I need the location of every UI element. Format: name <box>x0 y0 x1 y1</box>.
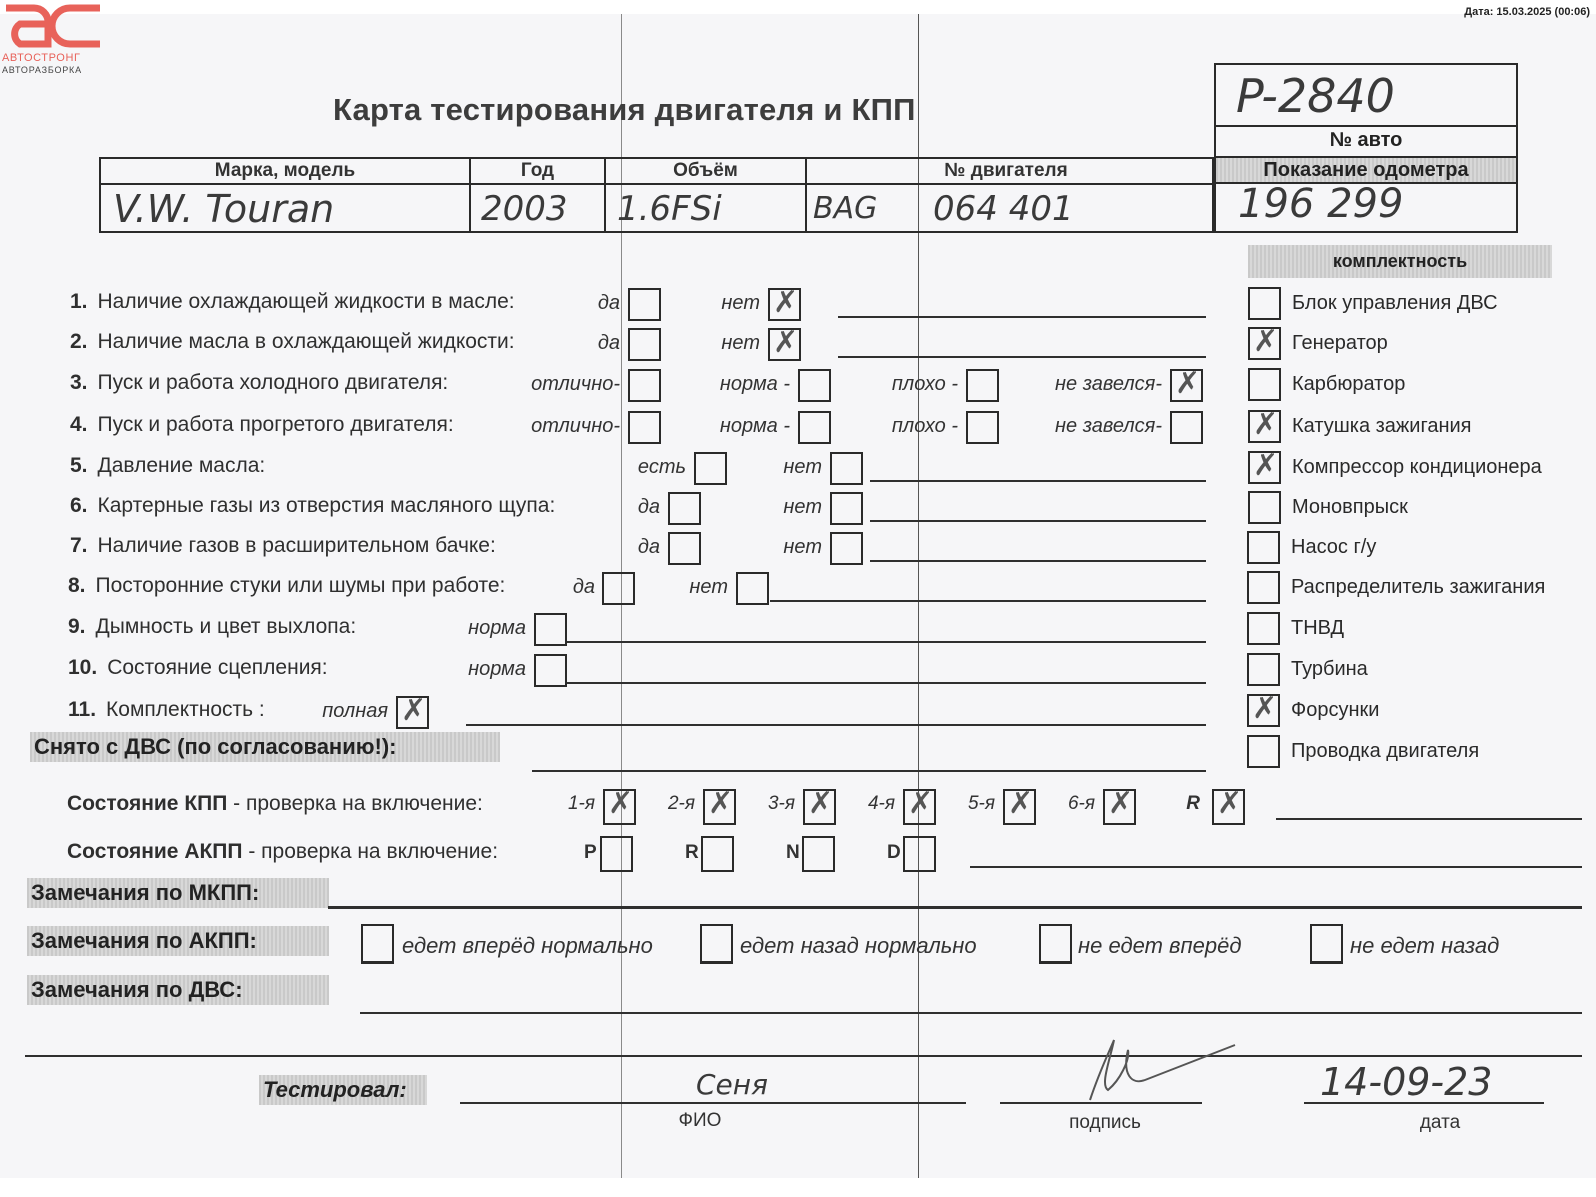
question-label: 1.Наличие охлаждающей жидкости в масле: <box>70 290 515 314</box>
question-text: Дымность и цвет выхлопа: <box>96 615 357 638</box>
gear-checkbox[interactable] <box>903 789 936 825</box>
option-label: есть <box>638 456 686 479</box>
option-checkbox[interactable] <box>1170 369 1203 402</box>
question-text: Состояние сцепления: <box>107 656 327 679</box>
option-label: да <box>638 496 660 519</box>
option-checkbox[interactable] <box>736 572 769 605</box>
completeness-item-label: Форсунки <box>1291 699 1379 722</box>
gear-label: 4-я <box>868 793 895 815</box>
question-number: 9. <box>68 615 86 638</box>
handwritten-signature-icon <box>1070 1030 1240 1110</box>
kpp-notes-line[interactable] <box>1276 818 1582 820</box>
completeness-checkbox[interactable] <box>1247 612 1280 645</box>
completeness-checkbox[interactable] <box>1248 287 1281 320</box>
option-label: да <box>638 536 660 559</box>
option-label: норма - <box>720 373 790 396</box>
question-label: 8.Посторонние стуки или шумы при работе: <box>68 574 505 598</box>
question-text: Комплектность : <box>106 698 265 721</box>
option-checkbox[interactable] <box>830 452 863 485</box>
question-text: Посторонние стуки или шумы при работе: <box>96 574 506 597</box>
gear-label: R <box>1186 793 1200 815</box>
option-checkbox[interactable] <box>628 411 661 444</box>
notes-line[interactable] <box>870 480 1206 482</box>
header-engine-number: № двигателя <box>931 159 1081 183</box>
question-number: 2. <box>70 330 88 353</box>
header-make-model: Марка, модель <box>101 159 469 183</box>
gear-checkbox[interactable] <box>1003 789 1036 825</box>
akpp-remarks-label: Замечания по АКПП: <box>27 926 329 956</box>
gear-label: 6-я <box>1068 793 1095 815</box>
gear-label: 5-я <box>968 793 995 815</box>
header-volume: Объём <box>606 159 805 183</box>
notes-line[interactable] <box>870 520 1206 522</box>
completeness-item-label: Блок управления ДВС <box>1292 292 1498 315</box>
gear-checkbox[interactable] <box>803 789 836 825</box>
completeness-checkbox[interactable] <box>1247 531 1280 564</box>
option-label: нет <box>689 576 728 599</box>
removed-from-engine-label: Снято с ДВС (по согласованию!): <box>30 732 500 762</box>
notes-line[interactable] <box>466 724 1206 726</box>
option-checkbox[interactable] <box>396 696 429 729</box>
car-number-value: P-2840 <box>1236 69 1395 123</box>
question-number: 10. <box>68 656 97 679</box>
option-checkbox[interactable] <box>694 452 727 485</box>
option-checkbox[interactable] <box>602 572 635 605</box>
question-text: Наличие масла в охлаждающей жидкости: <box>98 330 515 353</box>
logo-brand: АВТОСТРОНГ <box>2 52 81 64</box>
akpp-mode-checkbox[interactable] <box>701 836 734 872</box>
car-number-label: № авто <box>1216 129 1516 152</box>
question-text: Наличие газов в расширительном бачке: <box>98 534 496 557</box>
notes-line[interactable] <box>838 316 1206 318</box>
question-number: 3. <box>70 371 88 394</box>
option-label: нет <box>783 456 822 479</box>
volume-value: 1.6FSi <box>617 185 722 233</box>
gear-checkbox[interactable] <box>703 789 736 825</box>
tested-by-label: Тестировал: <box>259 1075 427 1105</box>
akpp-remark-label: едет назад нормально <box>740 933 977 959</box>
kpp-label: Состояние КПП - проверка на включение: <box>67 792 483 816</box>
gear-checkbox[interactable] <box>1212 789 1245 825</box>
completeness-checkbox[interactable] <box>1248 451 1281 484</box>
option-label: нет <box>721 332 760 355</box>
option-label: не завелся- <box>1055 373 1162 396</box>
question-text: Пуск и работа прогретого двигателя: <box>98 413 454 436</box>
gear-label: 2-я <box>668 793 695 815</box>
option-checkbox[interactable] <box>798 369 831 402</box>
completeness-item-label: Насос г/у <box>1291 536 1376 559</box>
odometer-label: Показание одометра <box>1216 158 1516 182</box>
option-label: нет <box>721 292 760 315</box>
akpp-remark-checkbox[interactable] <box>1039 924 1072 964</box>
vehicle-info-table: Марка, модель Год Объём № двигателя V.W.… <box>99 157 1214 233</box>
akpp-mode-checkbox[interactable] <box>802 836 835 872</box>
option-checkbox[interactable] <box>534 613 567 646</box>
akpp-remark-checkbox[interactable] <box>700 924 733 964</box>
completeness-checkbox[interactable] <box>1248 491 1281 524</box>
tester-name-value: Сеня <box>696 1068 768 1101</box>
completeness-item-label: Моновпрыск <box>1292 496 1408 519</box>
option-label: нет <box>783 496 822 519</box>
engine-code-value: BAG <box>813 185 877 233</box>
completeness-checkbox[interactable] <box>1247 694 1280 727</box>
question-number: 8. <box>68 574 86 597</box>
question-label: 3.Пуск и работа холодного двигателя: <box>70 371 448 395</box>
dvs-remarks-line-2[interactable] <box>25 1055 1582 1057</box>
page-title: Карта тестирования двигателя и КПП <box>333 92 916 128</box>
test-date-value: 14-09-23 <box>1320 1060 1492 1104</box>
dvs-remarks-line[interactable] <box>360 1012 1582 1014</box>
header-year: Год <box>471 159 604 183</box>
mkpp-remarks-label: Замечания по МКПП: <box>27 878 329 908</box>
completeness-item-label: Турбина <box>1291 658 1368 681</box>
akpp-remark-label: едет вперёд нормально <box>402 933 653 959</box>
completeness-checkbox[interactable] <box>1248 327 1281 360</box>
test-date-line[interactable] <box>1304 1102 1544 1104</box>
option-checkbox[interactable] <box>668 492 701 525</box>
completeness-item-label: Проводка двигателя <box>1291 740 1479 763</box>
option-checkbox[interactable] <box>768 328 801 361</box>
akpp-remark-checkbox[interactable] <box>1310 924 1343 964</box>
option-checkbox[interactable] <box>534 654 567 687</box>
question-text: Картерные газы из отверстия масляного щу… <box>98 494 556 517</box>
option-checkbox[interactable] <box>628 328 661 361</box>
completeness-header: комплектность <box>1248 245 1552 278</box>
car-number-box: P-2840 № авто Показание одометра 196 299 <box>1214 63 1518 233</box>
akpp-mode-checkbox[interactable] <box>600 836 633 872</box>
option-checkbox[interactable] <box>628 288 661 321</box>
question-number: 6. <box>70 494 88 517</box>
akpp-mode-label: P <box>584 842 597 864</box>
option-label: плохо - <box>892 373 958 396</box>
option-label: отлично- <box>531 415 620 438</box>
option-checkbox[interactable] <box>628 369 661 402</box>
option-checkbox[interactable] <box>1170 411 1203 444</box>
question-label: 10.Состояние сцепления: <box>68 656 328 680</box>
option-checkbox[interactable] <box>798 411 831 444</box>
option-label: да <box>598 292 620 315</box>
removed-from-engine-line[interactable] <box>532 770 1206 772</box>
question-label: 6.Картерные газы из отверстия масляного … <box>70 494 555 518</box>
gear-checkbox[interactable] <box>1103 789 1136 825</box>
completeness-item-label: ТНВД <box>1291 617 1344 640</box>
notes-line[interactable] <box>770 600 1206 602</box>
akpp-label: Состояние АКПП - проверка на включение: <box>67 840 498 864</box>
question-label: 7.Наличие газов в расширительном бачке: <box>70 534 496 558</box>
option-checkbox[interactable] <box>668 532 701 565</box>
akpp-notes-line[interactable] <box>970 866 1582 868</box>
question-number: 7. <box>70 534 88 557</box>
question-text: Наличие охлаждающей жидкости в масле: <box>98 290 515 313</box>
akpp-mode-label: R <box>685 842 699 864</box>
option-label: отлично- <box>531 373 620 396</box>
completeness-item-label: Карбюратор <box>1292 373 1405 396</box>
gear-label: 1-я <box>568 793 595 815</box>
akpp-remark-label: не едет вперёд <box>1078 933 1242 959</box>
completeness-checkbox[interactable] <box>1248 368 1281 401</box>
completeness-item-label: Генератор <box>1292 332 1388 355</box>
completeness-item-label: Распределитель зажигания <box>1291 576 1545 599</box>
question-text: Пуск и работа холодного двигателя: <box>98 371 449 394</box>
completeness-checkbox[interactable] <box>1247 653 1280 686</box>
engine-number-value: 064 401 <box>933 185 1074 233</box>
mkpp-remarks-line[interactable] <box>328 906 1582 909</box>
gear-checkbox[interactable] <box>603 789 636 825</box>
notes-line[interactable] <box>838 356 1206 358</box>
akpp-remark-label: не едет назад <box>1350 933 1499 959</box>
option-label: полная <box>322 700 388 723</box>
logo-subtitle: АВТОРАЗБОРКА <box>2 65 82 75</box>
question-number: 1. <box>70 290 88 313</box>
completeness-item-label: Компрессор кондиционера <box>1292 456 1542 479</box>
option-label: да <box>598 332 620 355</box>
question-label: 5.Давление масла: <box>70 454 265 478</box>
notes-line[interactable] <box>870 560 1206 562</box>
question-label: 2.Наличие масла в охлаждающей жидкости: <box>70 330 515 354</box>
dvs-remarks-label: Замечания по ДВС: <box>27 975 329 1005</box>
signature-caption: подпись <box>1050 1112 1160 1134</box>
completeness-item-label: Катушка зажигания <box>1292 415 1472 438</box>
question-number: 11. <box>68 698 96 721</box>
question-label: 9.Дымность и цвет выхлопа: <box>68 615 356 639</box>
option-checkbox[interactable] <box>966 369 999 402</box>
completeness-checkbox[interactable] <box>1248 410 1281 443</box>
autostrong-ac-logo-icon <box>0 0 104 50</box>
option-label: норма - <box>720 415 790 438</box>
option-checkbox[interactable] <box>830 532 863 565</box>
odometer-value: 196 299 <box>1238 181 1403 227</box>
scan-bottom-margin <box>0 1178 1596 1197</box>
option-label: да <box>573 576 595 599</box>
option-label: норма <box>468 658 526 681</box>
gear-label: 3-я <box>768 793 795 815</box>
fio-caption: ФИО <box>660 1110 740 1132</box>
akpp-mode-checkbox[interactable] <box>903 836 936 872</box>
option-checkbox[interactable] <box>768 288 801 321</box>
akpp-mode-label: D <box>887 842 901 864</box>
option-checkbox[interactable] <box>966 411 999 444</box>
tester-name-line[interactable] <box>460 1102 966 1104</box>
question-number: 5. <box>70 454 88 477</box>
completeness-checkbox[interactable] <box>1247 571 1280 604</box>
question-text: Давление масла: <box>98 454 266 477</box>
option-label: плохо - <box>892 415 958 438</box>
option-checkbox[interactable] <box>830 492 863 525</box>
make-model-value: V.W. Touran <box>113 185 334 233</box>
akpp-remark-checkbox[interactable] <box>361 924 394 964</box>
date-caption: дата <box>1400 1112 1480 1134</box>
print-date: Дата: 15.03.2025 (00:06) <box>1464 6 1590 18</box>
option-label: не завелся- <box>1055 415 1162 438</box>
scan-top-margin <box>0 0 1596 14</box>
question-label: 11.Комплектность : <box>68 698 265 722</box>
notes-line[interactable] <box>567 682 1206 684</box>
signature-line[interactable] <box>1000 1102 1202 1104</box>
akpp-mode-label: N <box>786 842 800 864</box>
question-label: 4.Пуск и работа прогретого двигателя: <box>70 413 454 437</box>
completeness-checkbox[interactable] <box>1247 735 1280 768</box>
option-label: нет <box>783 536 822 559</box>
year-value: 2003 <box>481 185 568 233</box>
option-label: норма <box>468 617 526 640</box>
question-number: 4. <box>70 413 88 436</box>
notes-line[interactable] <box>567 641 1206 643</box>
